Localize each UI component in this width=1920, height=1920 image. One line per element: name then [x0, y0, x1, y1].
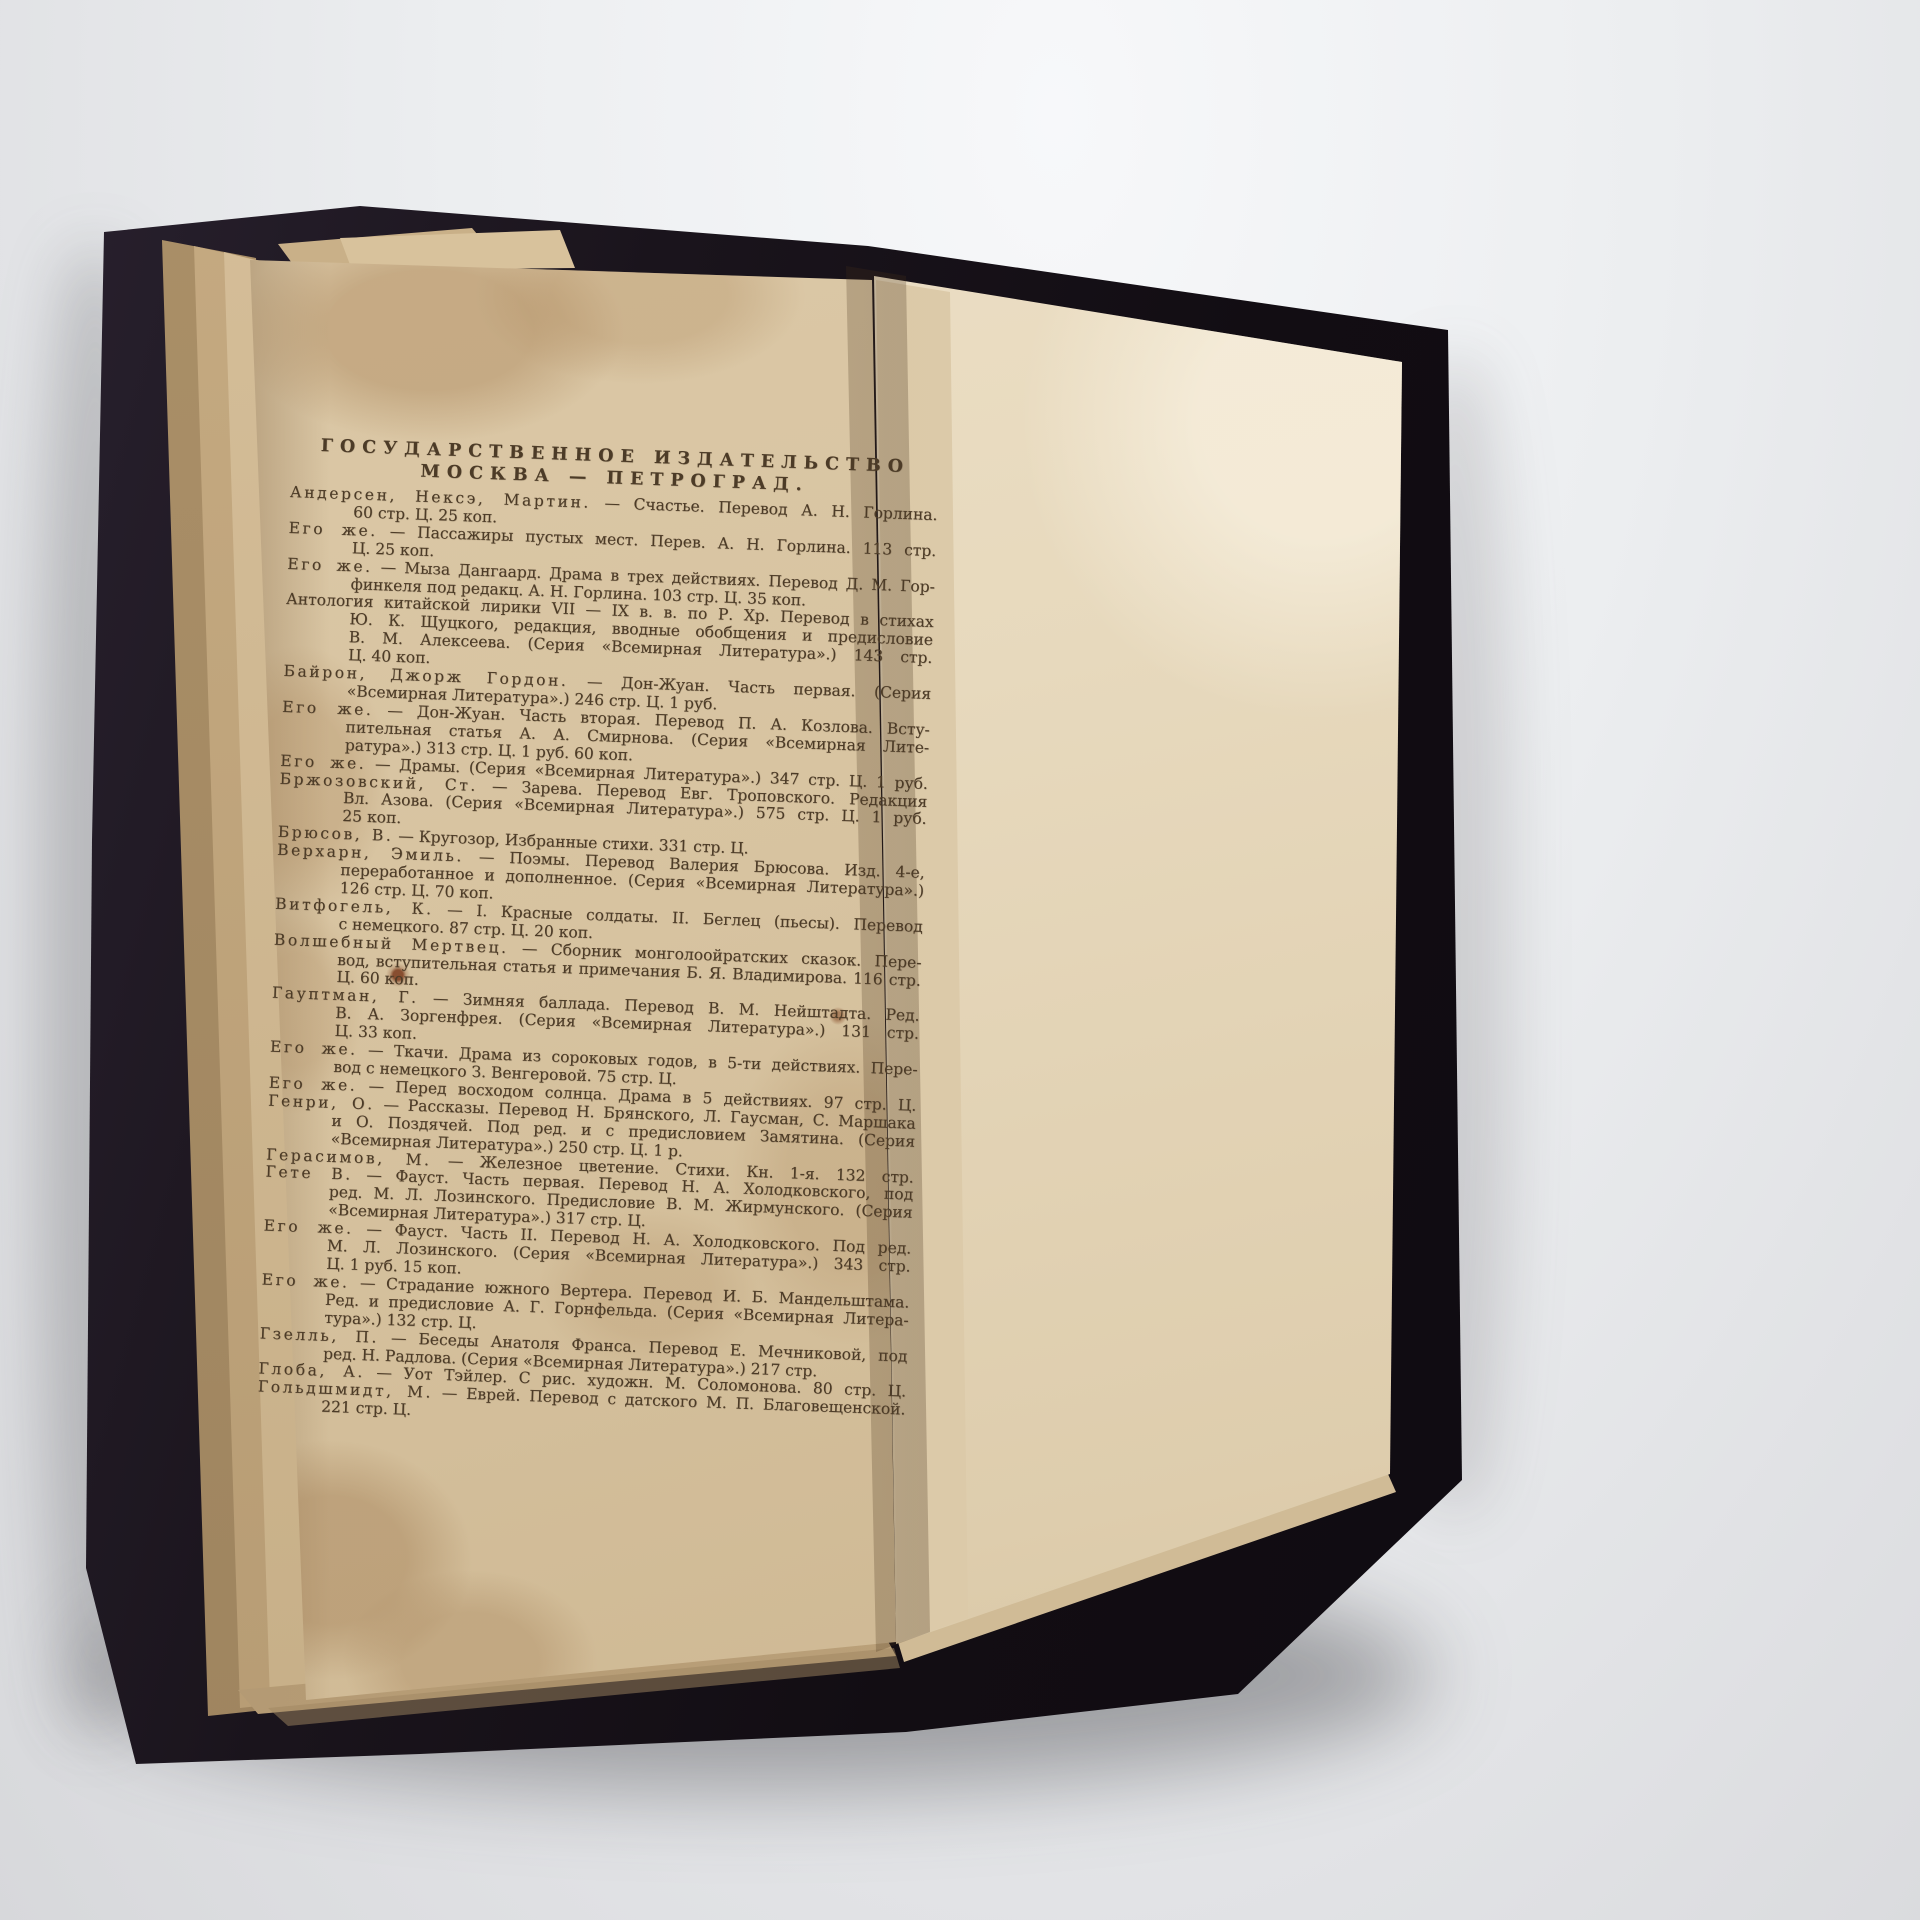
entry-author: Гзелль, П. — [259, 1324, 379, 1346]
entry-author: Его же. — [270, 1038, 358, 1059]
entry-author: Его же. — [288, 519, 378, 540]
photo-scene: ГОСУДАРСТВЕННОЕ ИЗДАТЕЛЬСТВО МОСКВА — ПЕ… — [0, 0, 1920, 1920]
catalog-lines: Андерсен, Нексэ, Мартин. — Счастье. Пере… — [257, 484, 938, 1438]
entry-text: 25 коп. — [342, 807, 402, 827]
entry-text: 221 стр. Ц. — [321, 1398, 412, 1419]
entry-author: Его же. — [263, 1217, 354, 1238]
entry-author: Его же. — [282, 698, 374, 719]
entry-author: Его же. — [287, 555, 373, 576]
entry-author: Его же. — [261, 1270, 349, 1291]
entry-author: Гете В. — [265, 1163, 353, 1184]
entry-author: Генри, О. — [268, 1091, 375, 1113]
catalog-text-block: ГОСУДАРСТВЕННОЕ ИЗДАТЕЛЬСТВО МОСКВА — ПЕ… — [257, 434, 940, 1438]
